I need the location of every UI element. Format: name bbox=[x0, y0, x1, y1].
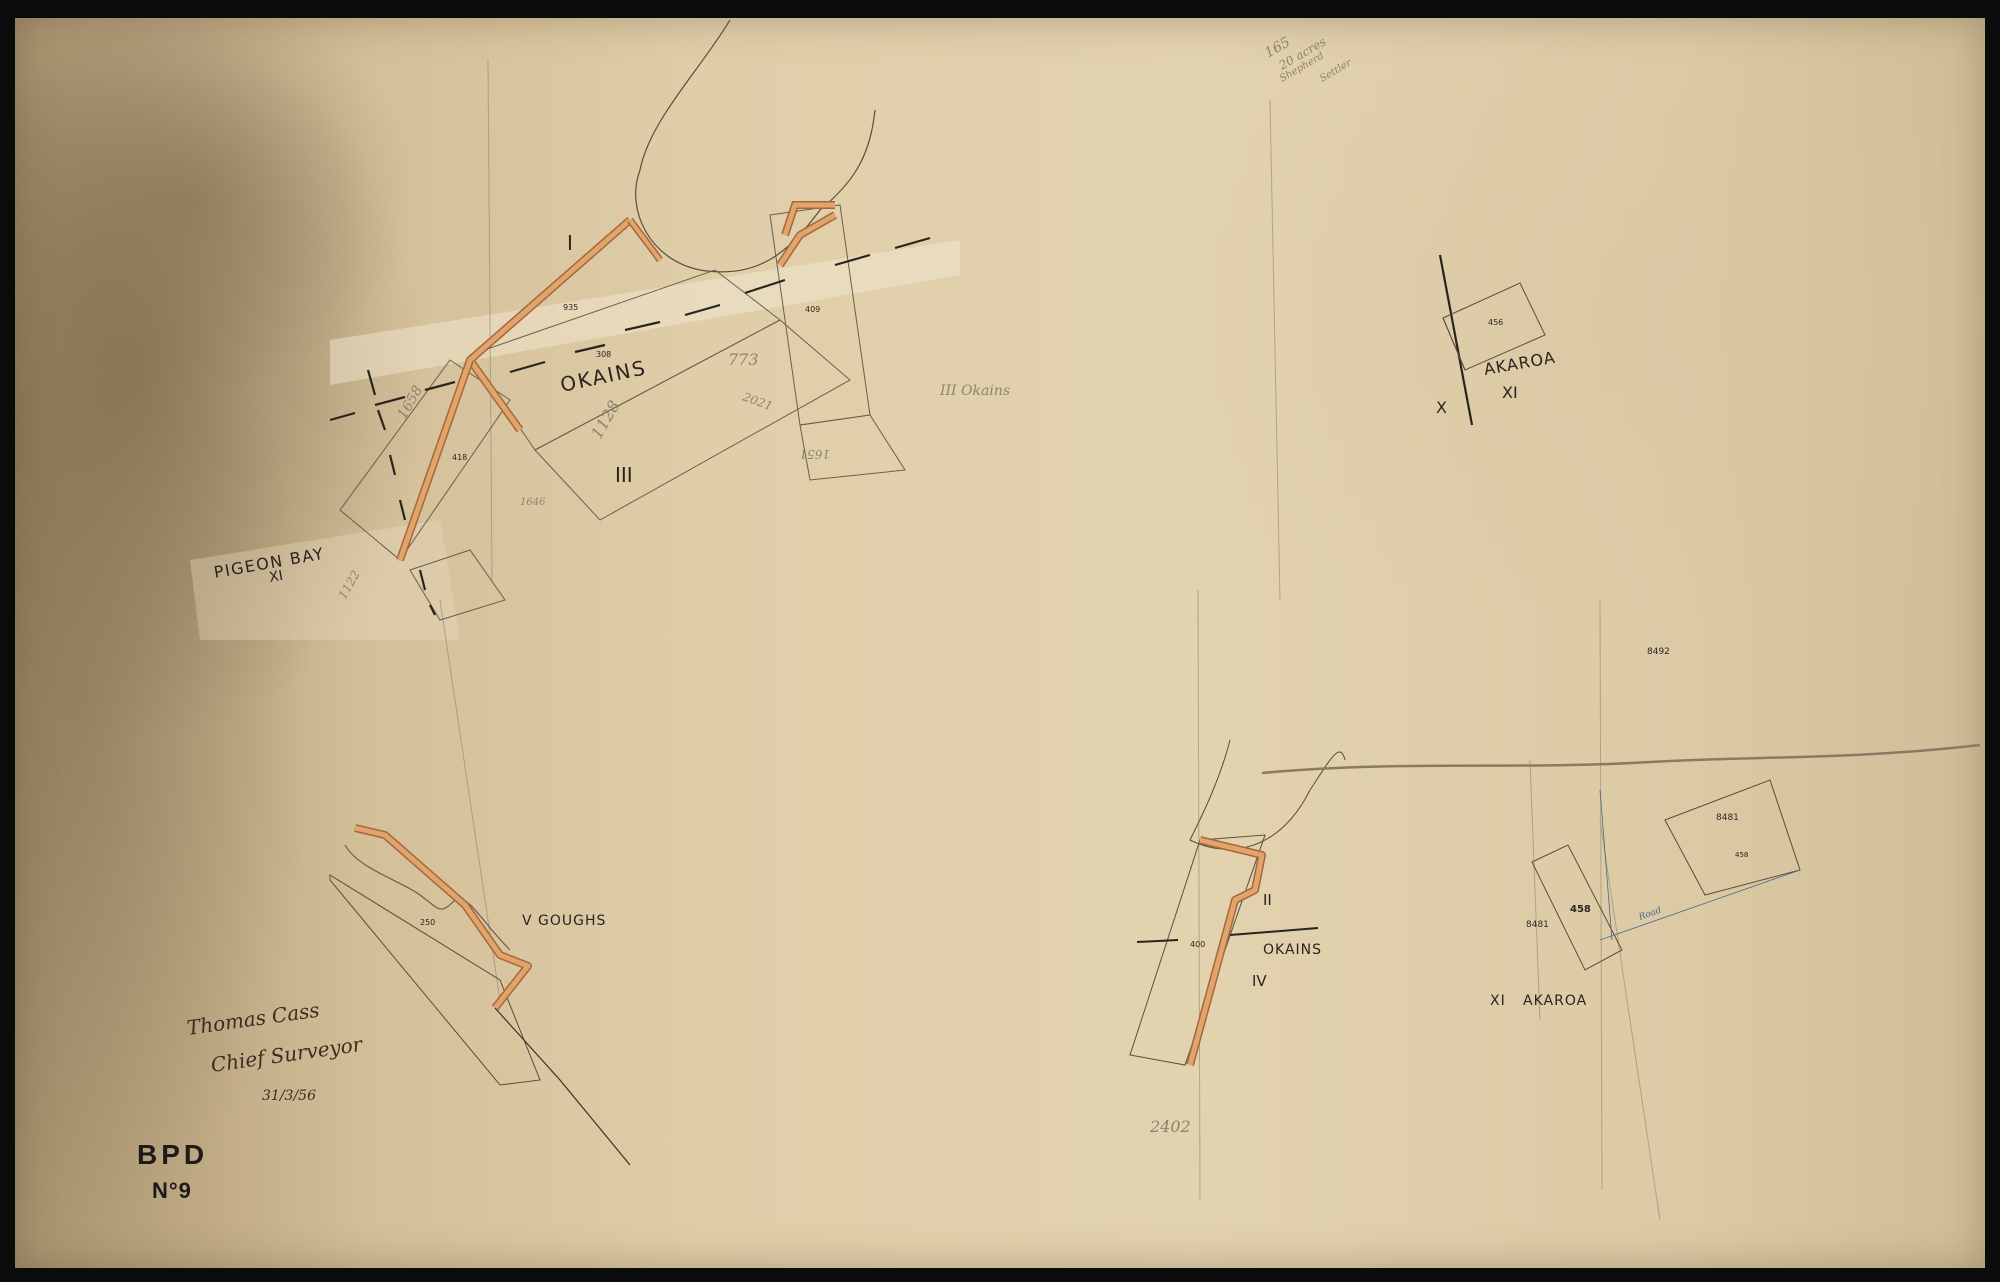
pencil-note-773: 773 bbox=[728, 350, 759, 369]
surveyor-signature: Thomas Cass Chief Surveyor 31/3/56 bbox=[185, 998, 365, 1104]
pencil-note-okains-III: III Okains bbox=[939, 383, 1010, 399]
block-label-akaroa-south: XI bbox=[1490, 993, 1506, 1009]
signature-title: Chief Surveyor bbox=[209, 1032, 365, 1077]
district-label-akaroa-north: AKAROA bbox=[1482, 348, 1557, 379]
section-8492: 8492 bbox=[1647, 647, 1670, 657]
district-label-v-goughs: V GOUGHS bbox=[522, 913, 606, 929]
akaroa-south-plan: 458 8481 8481 458 8492 XI AKAROA Road bbox=[1490, 647, 1800, 1009]
survey-map: I OKAINS III 935 308 418 409 1658 1128 1… bbox=[0, 0, 2000, 1282]
section-308: 308 bbox=[596, 350, 611, 359]
district-label-okains-north: OKAINS bbox=[558, 355, 649, 397]
pencil-note-1646: 1646 bbox=[520, 497, 546, 508]
section-250: 250 bbox=[420, 918, 435, 927]
section-456: 456 bbox=[1488, 318, 1503, 327]
blue-road-note: Road bbox=[1637, 905, 1663, 923]
section-409: 409 bbox=[805, 305, 820, 314]
block-label-I: I bbox=[567, 231, 573, 255]
goughs-plan: 250 V GOUGHS bbox=[330, 828, 630, 1165]
signature-name: Thomas Cass bbox=[185, 998, 321, 1040]
pencil-note-2021: 2021 bbox=[740, 389, 774, 413]
district-label-okains-south: OKAINS bbox=[1263, 942, 1322, 958]
akaroa-north-plan: 456 AKAROA XI X 165 20 acres Shepherd Se… bbox=[1262, 34, 1557, 425]
section-8481-b: 8481 bbox=[1716, 813, 1739, 823]
block-label-akaroa-north: XI bbox=[1502, 383, 1518, 402]
block-label-II: II bbox=[1263, 891, 1272, 909]
stamp-number: N°9 bbox=[152, 1178, 192, 1203]
section-418: 418 bbox=[452, 453, 467, 462]
pencil-note-2402: 2402 bbox=[1149, 1117, 1191, 1136]
section-8481-a: 8481 bbox=[1526, 920, 1549, 930]
district-label-akaroa-south: AKAROA bbox=[1523, 993, 1587, 1009]
signature-date: 31/3/56 bbox=[262, 1088, 316, 1104]
section-935: 935 bbox=[563, 303, 578, 312]
section-458-b: 458 bbox=[1735, 851, 1748, 859]
okains-south-plan: II OKAINS IV 400 2402 bbox=[1130, 740, 1345, 1136]
stamp-series: BPD bbox=[137, 1139, 208, 1170]
pencil-note-1651: 1651 bbox=[799, 447, 830, 461]
block-label-pigeon-bay: XI bbox=[268, 568, 284, 586]
block-label-akaroa-x: X bbox=[1436, 398, 1447, 417]
section-458: 458 bbox=[1570, 904, 1591, 915]
pencil-note-1658: 1658 bbox=[395, 383, 427, 422]
block-label-IV: IV bbox=[1252, 972, 1267, 990]
catalogue-stamp: BPD N°9 bbox=[137, 1139, 208, 1203]
block-label-III: III bbox=[615, 463, 633, 487]
section-400: 400 bbox=[1190, 940, 1205, 949]
